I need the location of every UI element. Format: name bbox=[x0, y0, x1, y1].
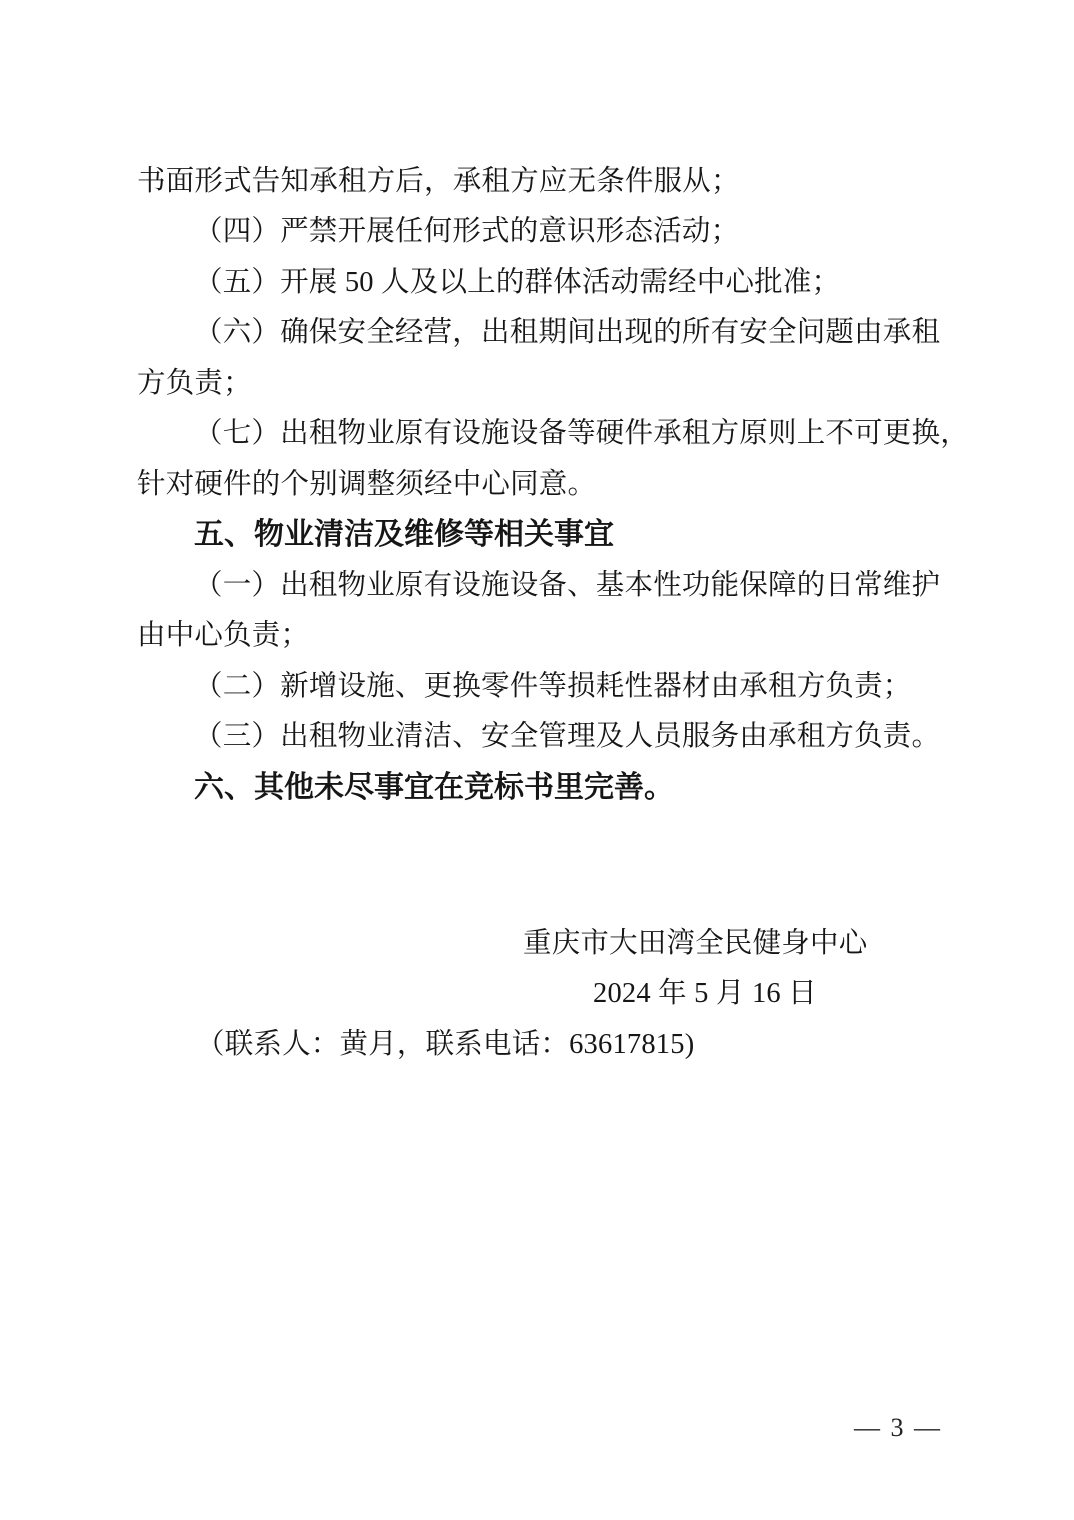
signature-date: 2024 年 5 月 16 日 bbox=[593, 969, 817, 1019]
page-number: — 3 — bbox=[828, 1413, 968, 1443]
doc-line-continuation: 针对硬件的个别调整须经中心同意。 bbox=[137, 460, 596, 510]
signature-org: 重庆市大田湾全民健身中心 bbox=[523, 919, 867, 969]
doc-line-continuation: 由中心负责； bbox=[137, 611, 309, 661]
document-page: 书面形式告知承租方后，承租方应无条件服从； （四）严禁开展任何形式的意识形态活动… bbox=[0, 0, 1074, 1520]
doc-line-item-7: （七）出租物业原有设施设备等硬件承租方原则上不可更换， bbox=[194, 409, 969, 459]
doc-line-item-5: （五）开展 50 人及以上的群体活动需经中心批准； bbox=[194, 258, 840, 308]
doc-line-item-1: （一）出租物业原有设施设备、基本性功能保障的日常维护 bbox=[194, 561, 940, 611]
section-heading-6: 六、其他未尽事宜在竞标书里完善。 bbox=[194, 763, 674, 813]
doc-line-continuation: 书面形式告知承租方后，承租方应无条件服从； bbox=[137, 157, 740, 207]
doc-line-item-3: （三）出租物业清洁、安全管理及人员服务由承租方负责。 bbox=[194, 712, 940, 762]
doc-line-item-2: （二）新增设施、更换零件等损耗性器材由承租方负责； bbox=[194, 662, 912, 712]
section-heading-5: 五、物业清洁及维修等相关事宜 bbox=[194, 510, 614, 560]
doc-line-item-4: （四）严禁开展任何形式的意识形态活动； bbox=[194, 207, 739, 257]
doc-line-continuation: 方负责； bbox=[137, 359, 252, 409]
doc-line-item-6: （六）确保安全经营，出租期间出现的所有安全问题由承租 bbox=[194, 308, 940, 358]
signature-contact: （联系人：黄月，联系电话：63617815) bbox=[196, 1020, 694, 1070]
